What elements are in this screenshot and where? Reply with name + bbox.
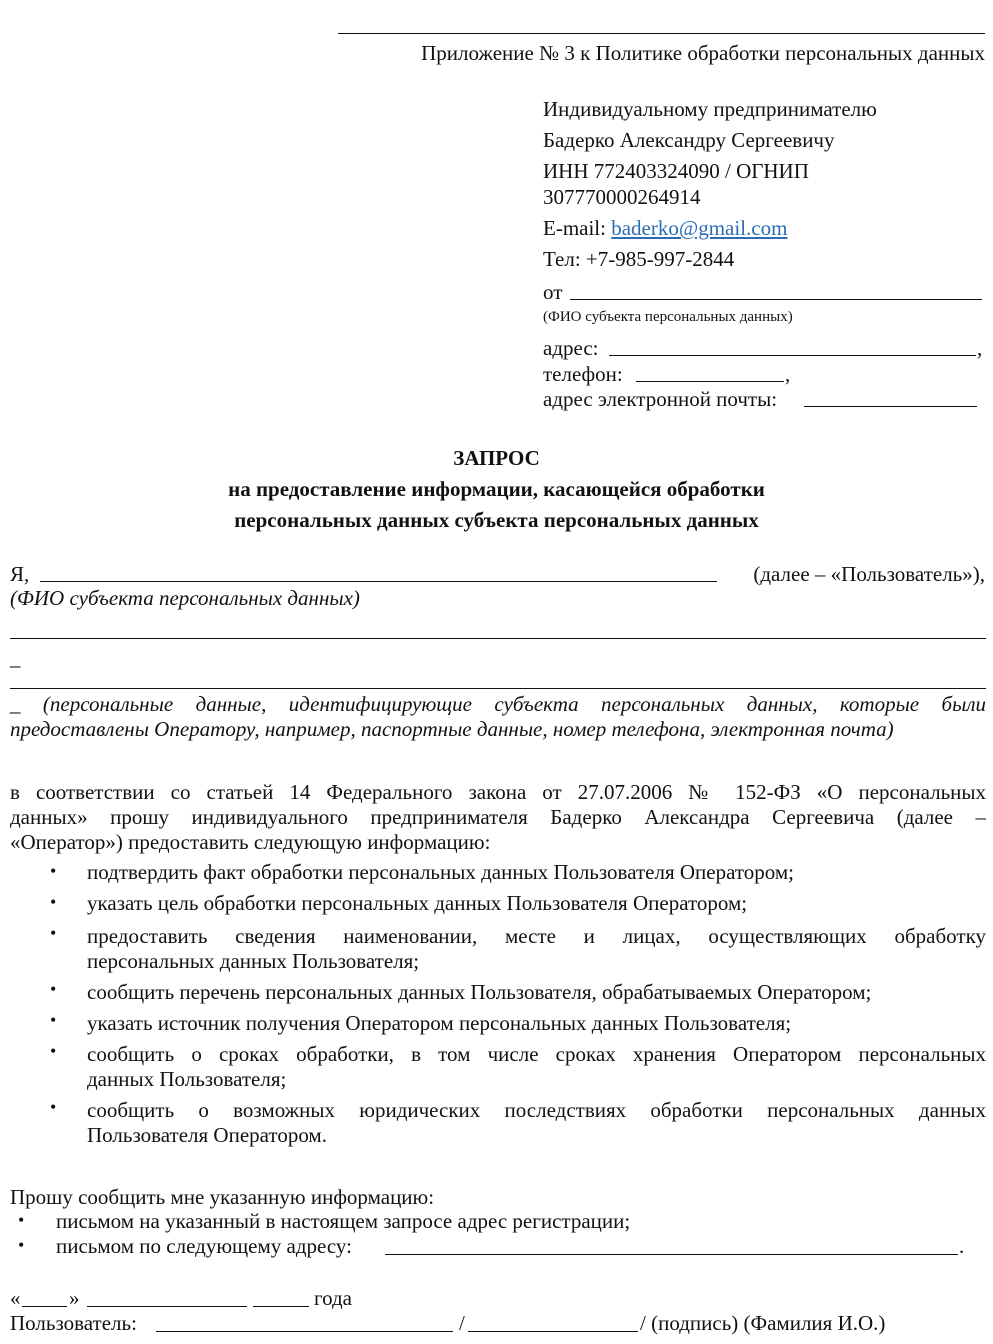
list-item-text: сообщить о возможных юридических последс… <box>87 1098 986 1123</box>
recipient-inn: ИНН 772403324090 / ОГНИП <box>543 159 809 184</box>
signature-slash: / <box>459 1311 465 1336</box>
list-item-text: указать источник получения Оператором пе… <box>87 1011 791 1036</box>
document-subtitle-1: на предоставление информации, касающейся… <box>0 477 993 502</box>
fio-field[interactable] <box>40 581 717 582</box>
sender-from-label: от <box>543 280 562 305</box>
date-month-field[interactable] <box>87 1306 247 1307</box>
document-title: ЗАПРОС <box>0 446 993 471</box>
delivery-address-field[interactable] <box>385 1254 958 1255</box>
signature-field[interactable] <box>156 1331 453 1332</box>
delivery-intro: Прошу сообщить мне указанную информацию: <box>10 1185 434 1210</box>
bullet-icon: • <box>18 1210 24 1231</box>
sender-email-label: адрес электронной почты: <box>543 387 777 412</box>
list-item-text: сообщить перечень персональных данных По… <box>87 980 871 1005</box>
personal-data-caption-2: предоставлены Оператору, например, паспо… <box>10 717 894 742</box>
bullet-icon: • <box>50 1097 56 1118</box>
recipient-line-2: Бадерко Александру Сергеевичу <box>543 128 835 153</box>
list-item-text: персональных данных Пользователя; <box>87 949 419 974</box>
list-item-text: указать цель обработки персональных данн… <box>87 891 747 916</box>
header-rule <box>338 33 985 34</box>
sender-phone-field[interactable] <box>636 381 784 382</box>
bullet-icon: • <box>18 1235 24 1256</box>
sender-address-label: адрес: <box>543 336 599 361</box>
list-item-text: предоставить сведения наименовании, мест… <box>87 924 986 949</box>
document-subtitle-2: персональных данных субъекта персональны… <box>0 508 993 533</box>
personal-data-dash: _ <box>10 646 21 671</box>
bullet-icon: • <box>50 923 56 944</box>
name-field[interactable] <box>468 1331 638 1332</box>
signature-captions: / (подпись) (Фамилия И.О.) <box>640 1311 885 1336</box>
bullet-icon: • <box>50 1041 56 1062</box>
list-item-text: данных Пользователя; <box>87 1067 286 1092</box>
bullet-icon: • <box>50 892 56 913</box>
list-item-text: сообщить о сроках обработки, в том числе… <box>87 1042 986 1067</box>
personal-data-field-1[interactable] <box>10 638 986 639</box>
delivery-option-1-text: письмом на указанный в настоящем запросе… <box>56 1209 630 1234</box>
recipient-ogrnip: 307770000264914 <box>543 185 701 210</box>
date-year-label: года <box>314 1286 352 1311</box>
date-quote-open: « <box>10 1286 21 1311</box>
recipient-phone: Тел: +7-985-997-2844 <box>543 247 734 272</box>
sender-address-comma: , <box>977 336 982 361</box>
sender-phone-label: телефон: <box>543 362 623 387</box>
sender-from-field[interactable] <box>570 299 982 300</box>
bullet-icon: • <box>50 1010 56 1031</box>
appendix-title: Приложение № 3 к Политике обработки перс… <box>421 41 985 66</box>
delivery-option-2-text: письмом по следующему адресу: <box>56 1234 352 1259</box>
sender-from-caption: (ФИО субъекта персональных данных) <box>543 309 793 326</box>
list-item-text: Пользователя Оператором. <box>87 1123 327 1148</box>
email-label: E-mail: <box>543 216 611 240</box>
date-quote-close: » <box>69 1286 80 1311</box>
list-item-text: подтвердить факт обработки персональных … <box>87 860 794 885</box>
date-year-field[interactable] <box>253 1306 309 1307</box>
fio-caption: (ФИО субъекта персональных данных) <box>10 586 360 611</box>
intro-ya: Я, <box>10 562 29 587</box>
sender-email-field[interactable] <box>804 406 977 407</box>
personal-data-field-2[interactable] <box>10 688 986 689</box>
date-day-field[interactable] <box>22 1306 67 1307</box>
personal-data-caption-1: _ (персональные данные, идентифицирующие… <box>10 692 986 717</box>
bullet-icon: • <box>50 861 56 882</box>
intro-user-ref: (далее – «Пользователь»), <box>753 562 985 587</box>
recipient-line-1: Индивидуальному предпринимателю <box>543 97 877 122</box>
sender-address-field[interactable] <box>609 355 976 356</box>
body-line-3: «Оператор») предоставить следующую инфор… <box>10 830 490 855</box>
recipient-email-row: E-mail: baderko@gmail.com <box>543 216 787 241</box>
bullet-icon: • <box>50 979 56 1000</box>
delivery-period: . <box>959 1234 964 1259</box>
sender-phone-comma: , <box>785 362 790 387</box>
user-label: Пользователь: <box>10 1311 137 1336</box>
body-line-2: данных» прошу индивидуального предприним… <box>10 805 986 830</box>
body-line-1: в соответствии со статьей 14 Федеральног… <box>10 780 986 805</box>
email-link[interactable]: baderko@gmail.com <box>611 216 787 240</box>
